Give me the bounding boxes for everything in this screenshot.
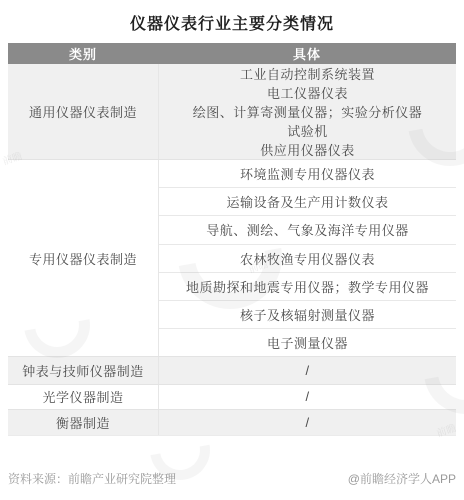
detail-item: 工业自动控制系统装置 (159, 64, 456, 83)
detail-item: / (159, 357, 456, 383)
detail-item: 供应用仪器仪表 (159, 140, 456, 159)
header-cell-category: 类别 (8, 43, 158, 64)
detail-item: 导航、测绘、气象及海洋专用仪器 (159, 215, 456, 243)
items-cell: 工业自动控制系统装置电工仪器仪表绘图、计算寄测量仪器；实验分析仪器试验机供应用仪… (158, 64, 456, 159)
detail-item: 电工仪器仪表 (159, 83, 456, 102)
credit-note: @前瞻经济学人APP (348, 470, 456, 487)
detail-item: 环境监测专用仪器仪表 (159, 160, 456, 187)
detail-item: 地质勘探和地震专用仪器；教学专用仪器 (159, 272, 456, 300)
category-cell: 钟表与技师仪器制造 (8, 357, 158, 383)
items-cell: / (158, 410, 456, 435)
header-cell-detail: 具体 (158, 43, 456, 64)
items-cell: / (158, 357, 456, 383)
table-body: 通用仪器仪表制造工业自动控制系统装置电工仪器仪表绘图、计算寄测量仪器；实验分析仪… (8, 64, 456, 436)
table-section: 专用仪器仪表制造环境监测专用仪器仪表运输设备及生产用计数仪表导航、测绘、气象及海… (8, 159, 456, 356)
table-header-row: 类别 具体 (8, 43, 456, 64)
items-cell: / (158, 385, 456, 409)
table-section: 光学仪器制造/ (8, 384, 456, 409)
category-cell: 光学仪器制造 (8, 385, 158, 409)
category-cell: 专用仪器仪表制造 (8, 160, 158, 356)
detail-item: / (159, 385, 456, 409)
classification-table: 类别 具体 通用仪器仪表制造工业自动控制系统装置电工仪器仪表绘图、计算寄测量仪器… (8, 43, 456, 436)
detail-item: 核子及核辐射测量仪器 (159, 300, 456, 328)
category-cell: 衡器制造 (8, 410, 158, 435)
detail-item: 试验机 (159, 121, 456, 140)
detail-item: 农林牧渔专用仪器仪表 (159, 244, 456, 272)
footer: 资料来源：前瞻产业研究院整理 @前瞻经济学人APP (8, 470, 456, 487)
table-section: 钟表与技师仪器制造/ (8, 356, 456, 383)
table-section: 通用仪器仪表制造工业自动控制系统装置电工仪器仪表绘图、计算寄测量仪器；实验分析仪… (8, 64, 456, 159)
source-note: 资料来源：前瞻产业研究院整理 (8, 470, 176, 487)
items-cell: 环境监测专用仪器仪表运输设备及生产用计数仪表导航、测绘、气象及海洋专用仪器农林牧… (158, 160, 456, 356)
detail-item: 运输设备及生产用计数仪表 (159, 187, 456, 215)
infographic-page: 仪器仪表行业主要分类情况 类别 具体 通用仪器仪表制造工业自动控制系统装置电工仪… (0, 0, 464, 500)
category-cell: 通用仪器仪表制造 (8, 64, 158, 159)
detail-item: / (159, 410, 456, 435)
page-title: 仪器仪表行业主要分类情况 (0, 0, 464, 34)
detail-item: 绘图、计算寄测量仪器；实验分析仪器 (159, 102, 456, 121)
table-section: 衡器制造/ (8, 409, 456, 436)
detail-item: 电子测量仪器 (159, 328, 456, 356)
